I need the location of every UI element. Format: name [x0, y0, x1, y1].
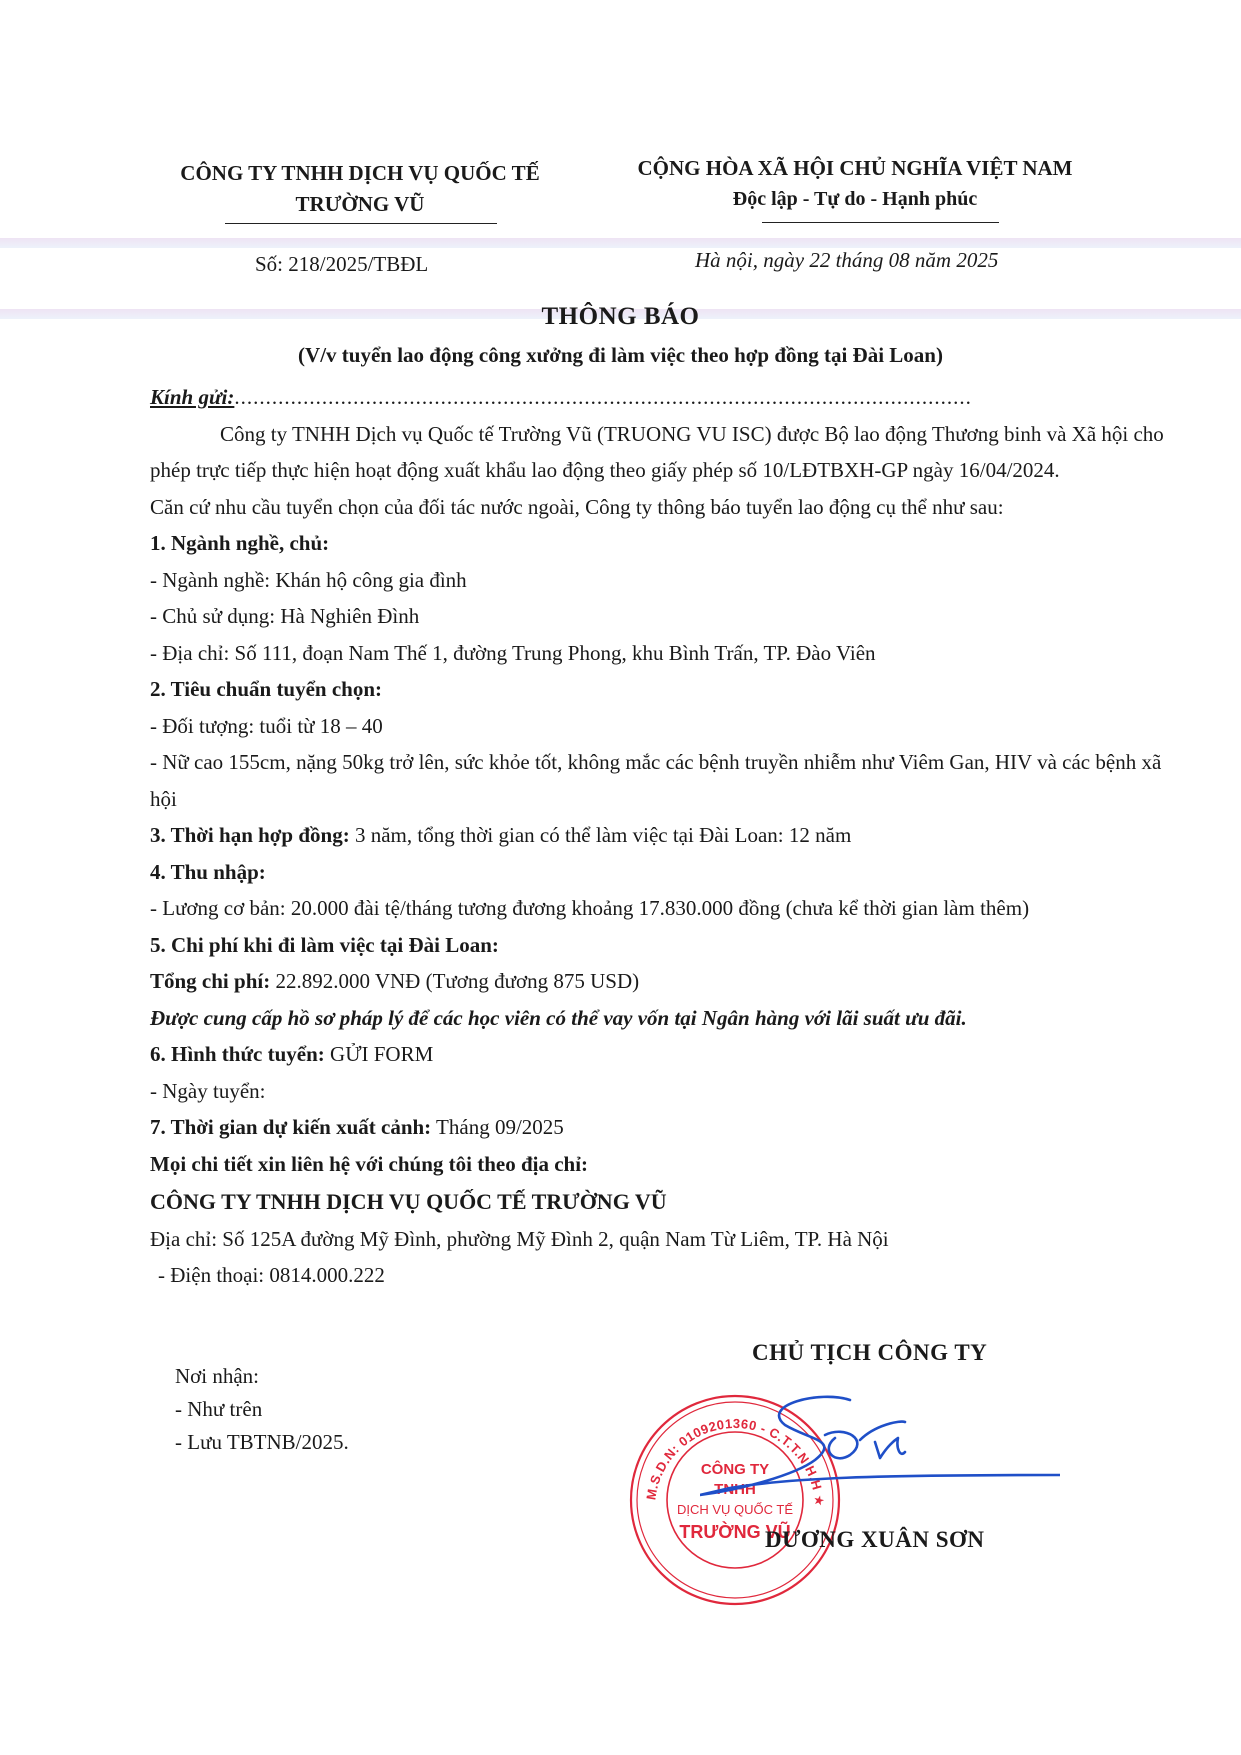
- signer-title: CHỦ TỊCH CÔNG TY: [752, 1340, 987, 1366]
- place-date: Hà nội, ngày 22 tháng 08 năm 2025: [695, 248, 998, 273]
- departure-time: Tháng 09/2025: [431, 1115, 564, 1139]
- receivers-block: Nơi nhận: - Như trên - Lưu TBTNB/2025.: [175, 1360, 349, 1459]
- total-cost-line: Tổng chi phí: 22.892.000 VNĐ (Tương đươn…: [150, 963, 1180, 1000]
- national-motto: Độc lập - Tự do - Hạnh phúc: [615, 184, 1095, 215]
- contact-address: Địa chỉ: Số 125A đường Mỹ Đình, phường M…: [150, 1221, 1180, 1258]
- total-cost-value: 22.892.000 VNĐ (Tương đương 875 USD): [270, 969, 639, 993]
- employer-address-line: - Địa chỉ: Số 111, đoạn Nam Thế 1, đường…: [150, 635, 1180, 672]
- issuer-name-line1: CÔNG TY TNHH DỊCH VỤ QUỐC TẾ: [140, 158, 580, 189]
- document-number: Số: 218/2025/TBĐL: [255, 252, 428, 277]
- occupation-line: - Ngành nghề: Khán hộ công gia đình: [150, 562, 1180, 599]
- scan-band: [0, 238, 1241, 248]
- section-6-line: 6. Hình thức tuyển: GỬI FORM: [150, 1036, 1180, 1073]
- issuer-block: CÔNG TY TNHH DỊCH VỤ QUỐC TẾ TRƯỜNG VŨ: [140, 158, 580, 220]
- section-2-heading: 2. Tiêu chuẩn tuyển chọn:: [150, 671, 1180, 708]
- contact-phone: - Điện thoại: 0814.000.222: [150, 1257, 1180, 1294]
- section-7-line: 7. Thời gian dự kiến xuất cảnh: Tháng 09…: [150, 1109, 1180, 1146]
- recruitment-date: - Ngày tuyển:: [150, 1073, 1180, 1110]
- age-requirement: - Đối tượng: tuổi từ 18 – 40: [150, 708, 1180, 745]
- employer-line: - Chủ sử dụng: Hà Nghiên Đình: [150, 598, 1180, 635]
- section-7-heading: 7. Thời gian dự kiến xuất cảnh:: [150, 1115, 431, 1139]
- receivers-label: Nơi nhận:: [175, 1360, 349, 1393]
- recipient-blank: ........................................…: [234, 385, 972, 409]
- basis-paragraph: Căn cứ nhu cầu tuyển chọn của đối tác nư…: [150, 489, 1180, 526]
- recipient-line: Kính gửi:...............................…: [150, 379, 1180, 416]
- signer-name: DƯƠNG XUÂN SƠN: [765, 1527, 985, 1553]
- health-requirement: - Nữ cao 155cm, nặng 50kg trở lên, sức k…: [150, 744, 1180, 817]
- recruitment-method: GỬI FORM: [325, 1042, 433, 1066]
- issuer-divider: [225, 223, 497, 224]
- receiver-item: - Lưu TBTNB/2025.: [175, 1426, 349, 1459]
- contact-company: CÔNG TY TNHH DỊCH VỤ QUỐC TẾ TRƯỜNG VŨ: [150, 1184, 1180, 1221]
- section-6-heading: 6. Hình thức tuyển:: [150, 1042, 325, 1066]
- signature-icon: [700, 1380, 1060, 1520]
- document-body: Kính gửi:...............................…: [150, 379, 1180, 1294]
- issuer-name-line2: TRƯỜNG VŨ: [140, 189, 580, 220]
- section-5-heading: 5. Chi phí khi đi làm việc tại Đài Loan:: [150, 927, 1180, 964]
- motto-divider: [762, 222, 999, 223]
- document-title: THÔNG BÁO: [0, 303, 1241, 331]
- recipient-label: Kính gửi:: [150, 385, 234, 409]
- section-3-line: 3. Thời hạn hợp đồng: 3 năm, tổng thời g…: [150, 817, 1180, 854]
- receiver-item: - Như trên: [175, 1393, 349, 1426]
- section-1-heading: 1. Ngành nghề, chủ:: [150, 525, 1180, 562]
- section-4-heading: 4. Thu nhập:: [150, 854, 1180, 891]
- salary-line: - Lương cơ bản: 20.000 đài tệ/tháng tươn…: [150, 890, 1180, 927]
- section-3-heading: 3. Thời hạn hợp đồng:: [150, 823, 350, 847]
- loan-note: Được cung cấp hồ sơ pháp lý để các học v…: [150, 1000, 1180, 1037]
- total-cost-label: Tổng chi phí:: [150, 969, 270, 993]
- intro-paragraph: Công ty TNHH Dịch vụ Quốc tế Trường Vũ (…: [150, 416, 1180, 489]
- national-title: CỘNG HÒA XÃ HỘI CHỦ NGHĨA VIỆT NAM: [615, 153, 1095, 184]
- contract-term: 3 năm, tổng thời gian có thể làm việc tạ…: [350, 823, 852, 847]
- document-subtitle: (V/v tuyển lao động công xưởng đi làm vi…: [0, 343, 1241, 368]
- contact-intro: Mọi chi tiết xin liên hệ với chúng tôi t…: [150, 1146, 1180, 1183]
- national-heading: CỘNG HÒA XÃ HỘI CHỦ NGHĨA VIỆT NAM Độc l…: [615, 153, 1095, 215]
